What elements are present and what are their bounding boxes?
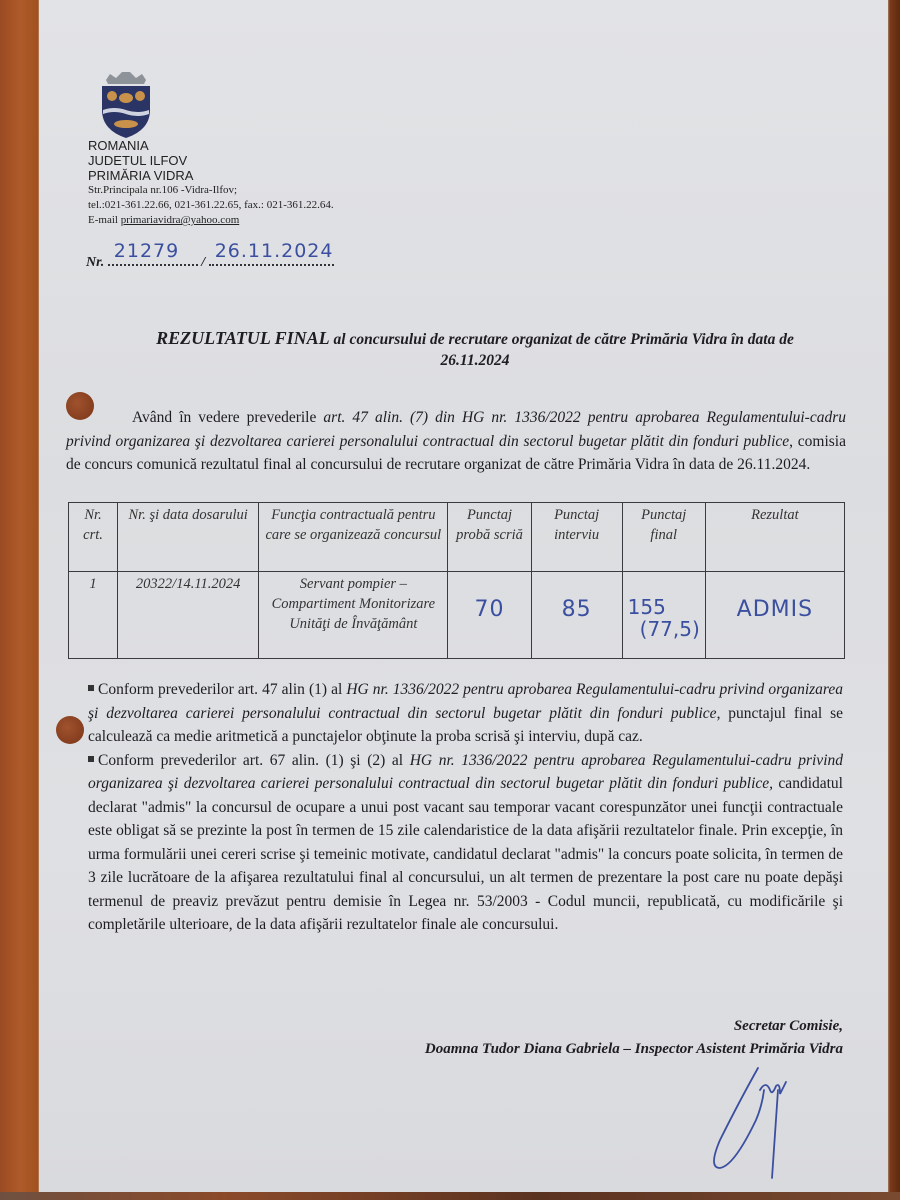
- registration-date-value: 26.11.2024: [215, 240, 334, 262]
- score-final-total: 155: [628, 595, 666, 619]
- cell-final: 155 (77,5): [622, 572, 705, 659]
- coat-of-arms-icon: [96, 70, 156, 140]
- title-rest: al concursului de recrutare organizat de…: [330, 331, 794, 348]
- signatory-role: Secretar Comisie,: [734, 1018, 843, 1035]
- header-dosar: Nr. şi data dosarului: [118, 503, 259, 572]
- header-functie: Funcţia contractuală pentru care se orga…: [259, 503, 448, 572]
- results-table: Nr. crt. Nr. şi data dosarului Funcţia c…: [68, 502, 845, 659]
- cell-rezultat: ADMIS: [705, 572, 844, 659]
- registration-date-field: 26.11.2024: [209, 250, 334, 266]
- note-text: Conform prevederilor art. 67 alin. (1) ş…: [98, 752, 410, 769]
- letterhead: ROMANIA JUDETUL ILFOV PRIMĂRIA VIDRA Str…: [88, 138, 334, 228]
- email-line: E-mail primariavidra@yahoo.com: [88, 213, 334, 228]
- notes-list: Conform prevederilor art. 47 alin (1) al…: [88, 678, 843, 937]
- title-bold: REZULTATUL FINAL: [156, 328, 330, 348]
- email-link[interactable]: primariavidra@yahoo.com: [121, 214, 240, 226]
- handwritten-signature-icon: [700, 1060, 810, 1180]
- email-label: E-mail: [88, 214, 118, 226]
- document-title: REZULTATUL FINAL al concursului de recru…: [110, 328, 840, 371]
- country: ROMANIA: [88, 138, 334, 153]
- intro-text: Având în vedere prevederile: [66, 409, 323, 426]
- cell-nr: 1: [69, 572, 118, 659]
- title-date: 26.11.2024: [441, 352, 510, 369]
- note-text: Conform prevederilor art. 47 alin (1) al: [98, 681, 346, 698]
- score-written: 70: [475, 600, 505, 620]
- cell-proba-scrisa: 70: [448, 572, 531, 659]
- header-interviu: Punctaj interviu: [531, 503, 622, 572]
- note-item: Conform prevederilor art. 47 alin (1) al…: [88, 678, 843, 749]
- signatory-name: Doamna Tudor Diana Gabriela – Inspector …: [425, 1041, 843, 1058]
- score-final: 155 (77,5): [628, 596, 700, 640]
- cell-functie: Servant pompier – Compartiment Monitoriz…: [259, 572, 448, 659]
- county: JUDETUL ILFOV: [88, 153, 334, 168]
- registration-separator: /: [201, 255, 205, 270]
- cell-interviu: 85: [531, 572, 622, 659]
- registration-number: Nr. 21279 / 26.11.2024: [86, 250, 334, 271]
- registration-number-value: 21279: [114, 240, 179, 262]
- registration-number-field: 21279: [108, 250, 198, 266]
- address: Str.Principala nr.106 -Vidra-Ilfov;: [88, 183, 334, 198]
- table-header-row: Nr. crt. Nr. şi data dosarului Funcţia c…: [69, 503, 845, 572]
- score-final-average: (77,5): [640, 618, 700, 640]
- bullet-square-icon: [88, 756, 94, 762]
- registration-label: Nr.: [86, 255, 104, 270]
- header-nr-crt: Nr. crt.: [69, 503, 118, 572]
- result-status: ADMIS: [737, 600, 813, 620]
- score-interview: 85: [562, 600, 592, 620]
- institution: PRIMĂRIA VIDRA: [88, 168, 334, 183]
- note-text-end: candidatul declarat "admis" la concursul…: [88, 775, 843, 933]
- cell-dosar: 20322/14.11.2024: [118, 572, 259, 659]
- header-final: Punctaj final: [622, 503, 705, 572]
- phones: tel.:021-361.22.66, 021-361.22.65, fax.:…: [88, 198, 334, 213]
- header-proba-scrisa: Punctaj probă scriă: [448, 503, 531, 572]
- table-surface: [0, 1192, 900, 1200]
- note-item: Conform prevederilor art. 67 alin. (1) ş…: [88, 749, 843, 937]
- intro-paragraph: Având în vedere prevederile art. 47 alin…: [66, 406, 846, 477]
- punch-hole: [56, 716, 84, 744]
- header-rezultat: Rezultat: [705, 503, 844, 572]
- bullet-square-icon: [88, 685, 94, 691]
- table-row: 1 20322/14.11.2024 Servant pompier – Com…: [69, 572, 845, 659]
